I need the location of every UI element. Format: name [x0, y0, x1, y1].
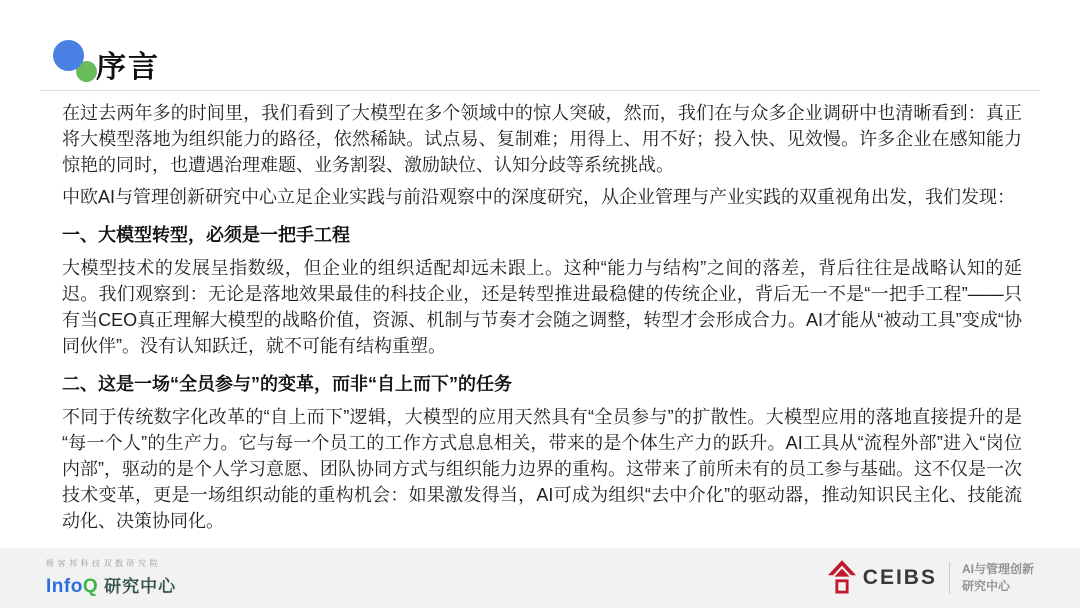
ceibs-unit-line2: 研究中心 [962, 579, 1010, 593]
paragraph-section-2: 不同于传统数字化改革的“自上而下”逻辑，大模型的应用天然具有“全员参与”的扩散性… [62, 404, 1022, 534]
infoq-research-center-label: 研究中心 [104, 572, 176, 597]
infoq-wordmark: InfoQ [46, 576, 98, 598]
paragraph-intro: 在过去两年多的时间里，我们看到了大模型在多个领域中的惊人突破，然而，我们在与众多… [62, 100, 1022, 178]
paragraph-section-1: 大模型技术的发展呈指数级，但企业的组织适配却远未跟上。这种“能力与结构”之间的落… [62, 255, 1022, 359]
infoq-tagline: 极客邦科技双数研究院 [46, 558, 176, 569]
section-heading-2: 二、这是一场“全员参与”的变革，而非“自上而下”的任务 [62, 371, 1022, 397]
paragraph-research-viewpoint: 中欧AI与管理创新研究中心立足企业实践与前沿观察中的深度研究，从企业管理与产业实… [62, 184, 1022, 210]
dots-logo-icon [53, 40, 99, 84]
ceibs-divider [949, 562, 950, 594]
slide-footer: 极客邦科技双数研究院 InfoQ 研究中心 CEIBS AI与管理创新 研究中心 [0, 548, 1080, 608]
ceibs-wordmark: CEIBS [863, 566, 937, 590]
blue-dot-icon [53, 40, 84, 71]
infoq-logo: 极客邦科技双数研究院 InfoQ 研究中心 [46, 558, 176, 598]
infoq-wordmark-q: Q [83, 576, 98, 597]
infoq-brand-row: InfoQ 研究中心 [46, 572, 176, 598]
body-content: 在过去两年多的时间里，我们看到了大模型在多个领域中的惊人突破，然而，我们在与众多… [62, 91, 1022, 540]
infoq-wordmark-info: Info [46, 576, 83, 597]
ceibs-unit-line1: AI与管理创新 [962, 562, 1034, 576]
ceibs-unit-label: AI与管理创新 研究中心 [962, 561, 1034, 595]
preface-slide: 序言 在过去两年多的时间里，我们看到了大模型在多个领域中的惊人突破，然而，我们在… [0, 0, 1080, 608]
section-heading-1: 一、大模型转型，必须是一把手工程 [62, 222, 1022, 248]
ceibs-he-icon [827, 559, 857, 597]
page-title: 序言 [96, 42, 160, 86]
ceibs-logo: CEIBS AI与管理创新 研究中心 [827, 559, 1034, 597]
slide-header: 序言 [0, 0, 1080, 90]
